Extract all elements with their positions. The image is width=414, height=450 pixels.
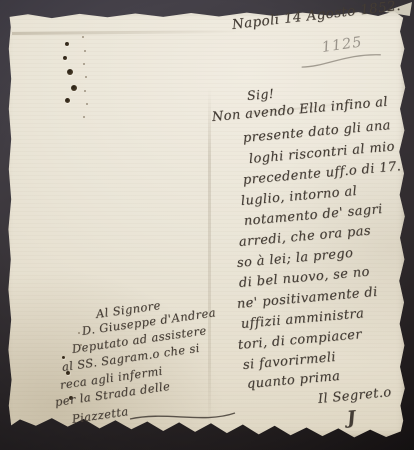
paper-speck — [84, 50, 86, 52]
wormhole — [65, 42, 69, 46]
wormhole — [65, 98, 70, 103]
signature-flourish: J — [346, 407, 357, 429]
piazzetta-tail-flourish — [128, 408, 238, 424]
pencil-underline-flourish — [298, 52, 384, 66]
paper-speck — [82, 36, 84, 38]
scan-background: Napoli 14 Agosto 1852. 1125 Sig! Non ave… — [0, 0, 414, 450]
paper-speck — [85, 76, 87, 78]
paper-speck — [83, 116, 85, 118]
paper-speck — [78, 332, 80, 334]
fold-crease-horizontal — [12, 30, 240, 35]
paper-speck — [84, 90, 86, 92]
paper-speck — [83, 63, 85, 65]
wormhole — [71, 85, 77, 91]
wormhole — [63, 56, 67, 60]
paper-speck — [86, 103, 88, 105]
salutation: Sig! — [246, 86, 274, 103]
wormhole — [67, 69, 73, 75]
fold-crease-vertical — [208, 88, 211, 433]
